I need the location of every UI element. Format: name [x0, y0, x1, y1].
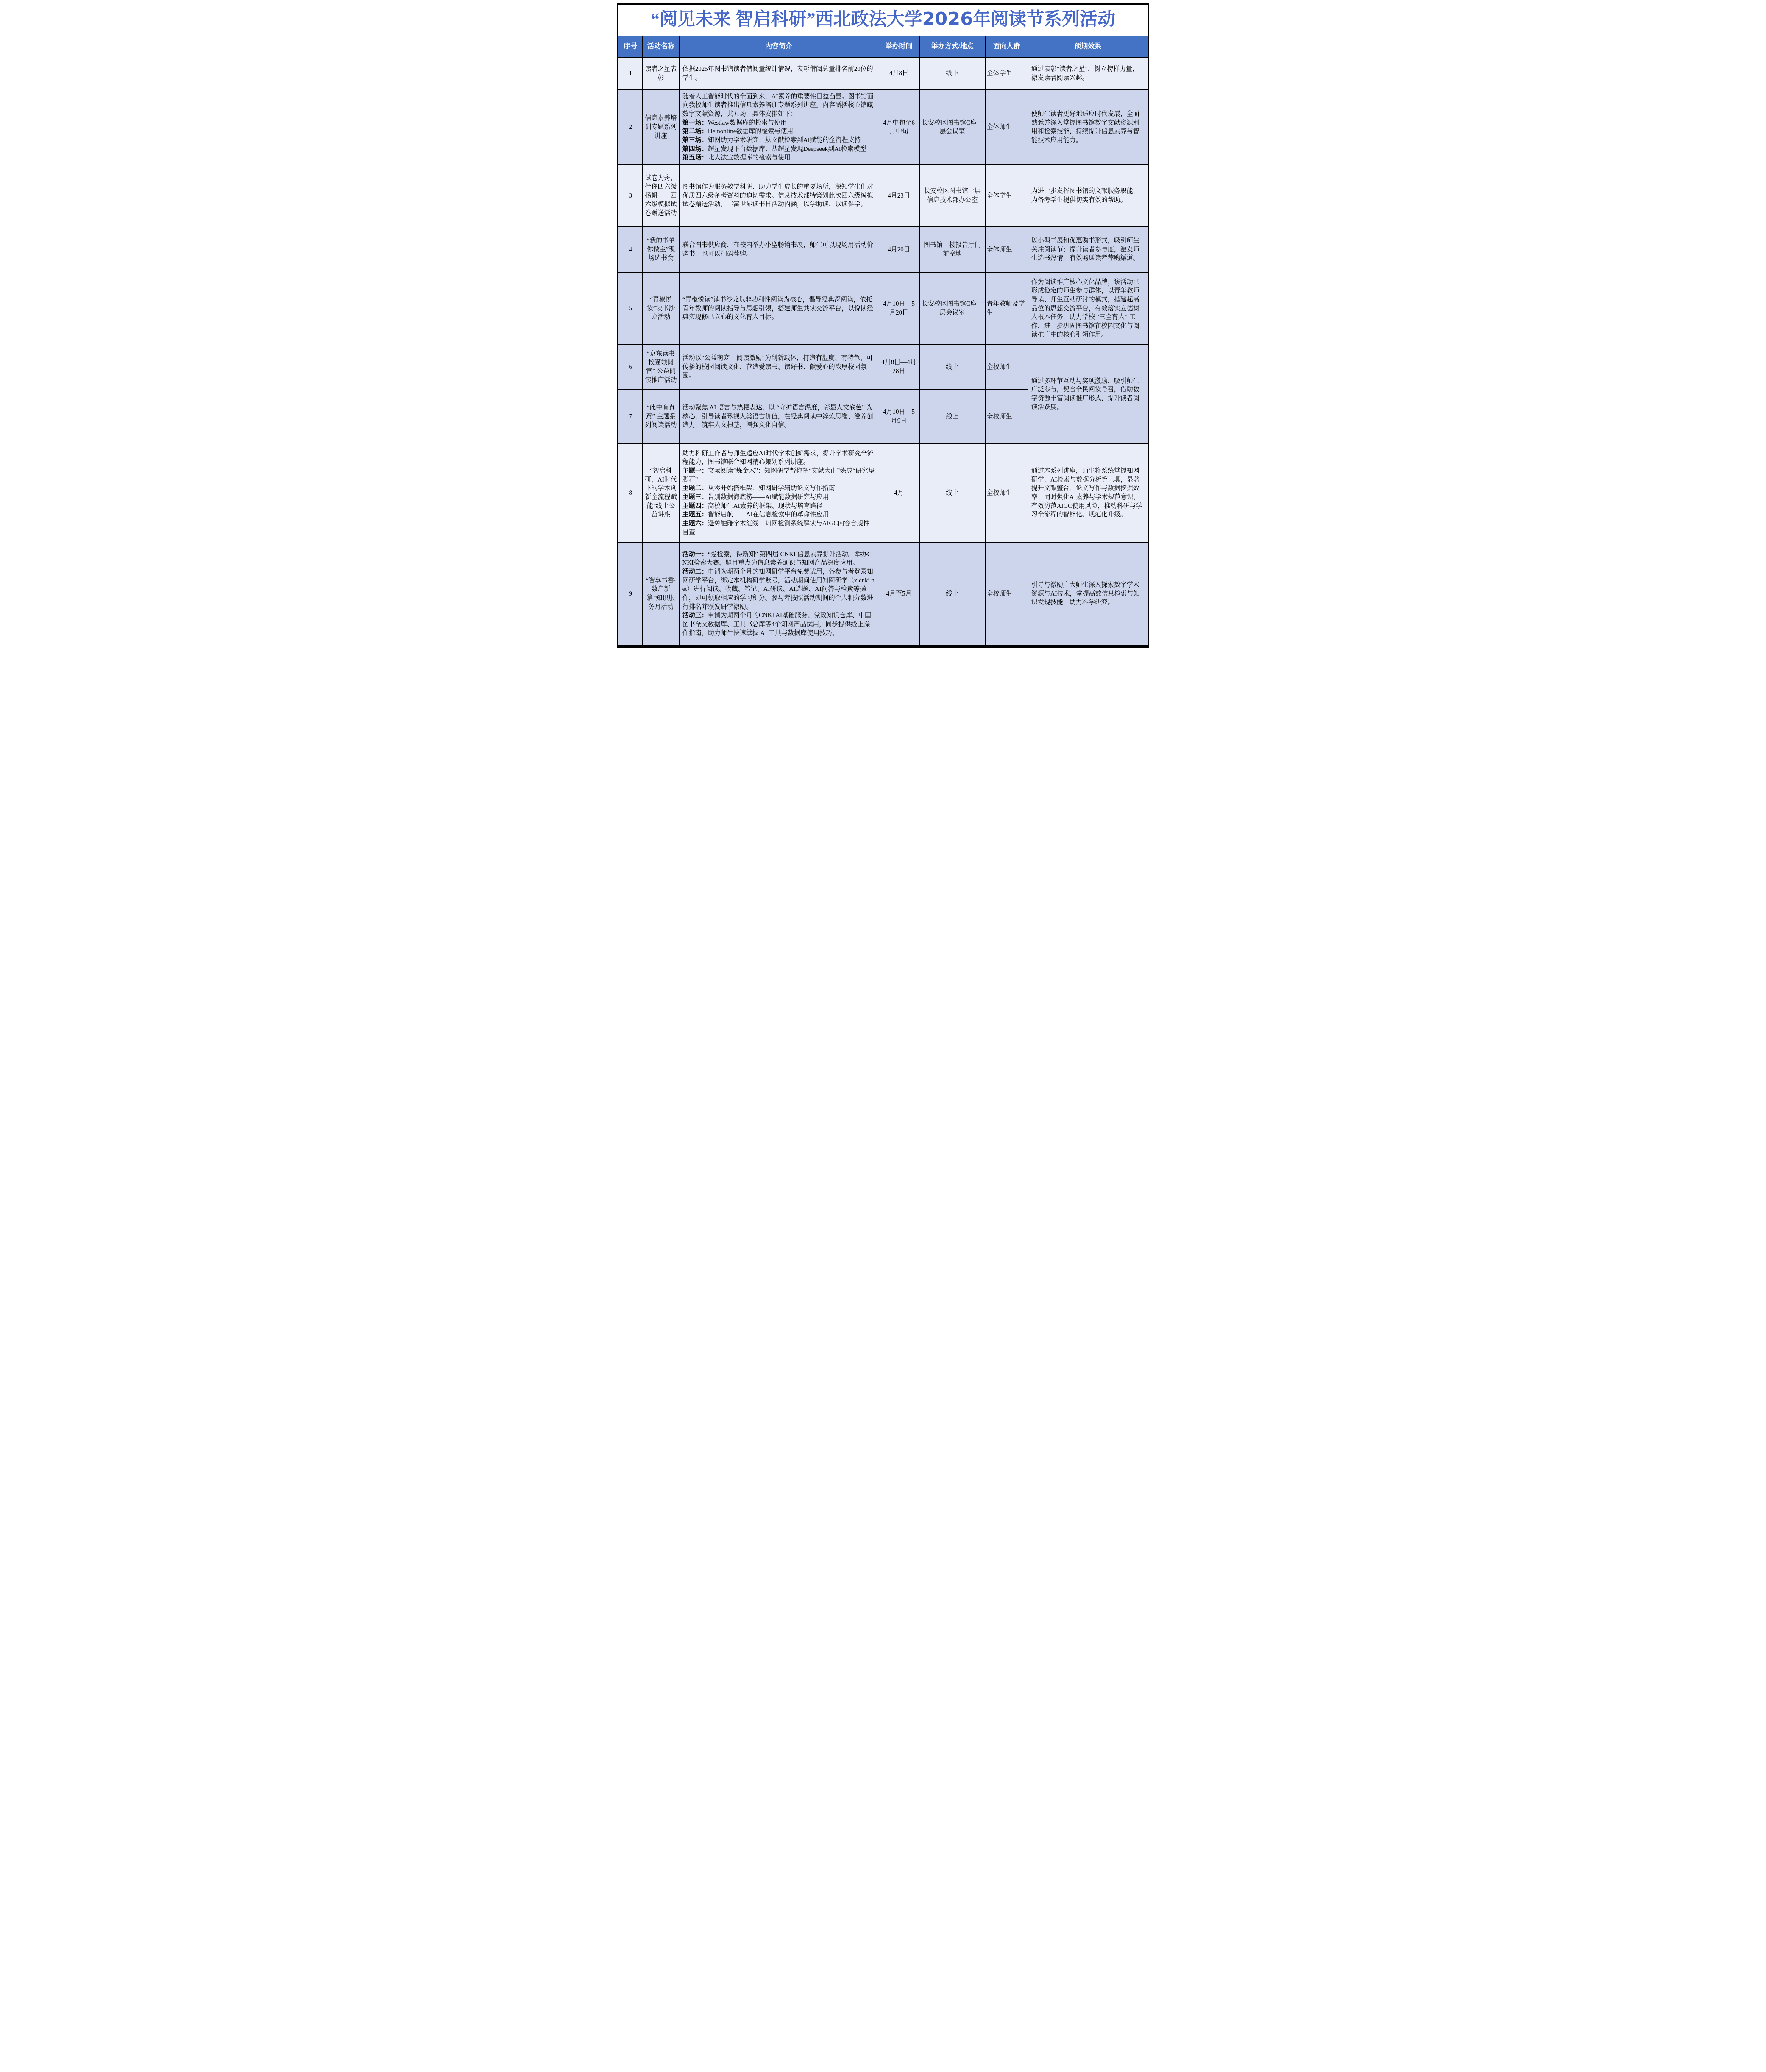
- audience-cell: 全体师生: [985, 227, 1028, 273]
- expected-effect-cell: 以小型书展和优惠购书形式，吸引师生关注阅读节；提升读者参与度，激发师生选书热情，…: [1028, 227, 1148, 273]
- content-summary-cell: 图书馆作为服务教学科研、助力学生成长的重要场所，深知学生们对优质四六级备考资料的…: [679, 165, 878, 227]
- table-row: 5“青椒悦读”读书沙龙活动“青椒悦读”读书沙龙以非功利性阅读为核心，倡导经典深阅…: [618, 273, 1148, 345]
- table-row: 9“智享书香·数启新篇”知识服务月活动活动一：“爱检索，得新知” 第四届 CNK…: [618, 542, 1148, 646]
- activity-name-cell: 信息素养培训专题系列讲座: [643, 90, 679, 165]
- audience-cell: 青年教师及学生: [985, 273, 1028, 345]
- content-paragraph: 第二场：Heinonline数据库的检索与使用: [682, 127, 875, 136]
- method-location-cell: 长安校区图书馆C座一层会议室: [919, 90, 985, 165]
- content-paragraph: 图书馆作为服务教学科研、助力学生成长的重要场所，深知学生们对优质四六级备考资料的…: [682, 183, 875, 209]
- content-summary-cell: 活动聚焦 AI 语言与热梗表达，以 “守护语言温度，彰显人文底色” 为核心，引导…: [679, 390, 878, 444]
- audience-cell: 全体师生: [985, 90, 1028, 165]
- expected-effect-cell: 引导与激励广大师生深入探索数字学术资源与AI技术，掌握高效信息检索与知识发现技能…: [1028, 542, 1148, 646]
- time-cell: 4月: [878, 444, 919, 542]
- expected-effect-cell: 通过本系列讲座，师生将系统掌握知网研学、AI检索与数据分析等工具，显著提升文献整…: [1028, 444, 1148, 542]
- table-row: 1读者之星表彰依据2025年图书馆读者借阅量统计情况，表彰借阅总量排名前20位的…: [618, 58, 1148, 90]
- content-paragraph: 活动三：申请为期两个月的CNKI AI基础服务、党政知识仓库、中国图书全文数据库…: [682, 611, 875, 638]
- content-paragraph: 活动聚焦 AI 语言与热梗表达，以 “守护语言温度，彰显人文底色” 为核心，引导…: [682, 404, 875, 430]
- expected-effect-cell: 通过多环节互动与奖项激励，吸引师生广泛参与，契合全民阅读号召，借助数字资源丰富阅…: [1028, 345, 1148, 444]
- content-paragraph: 主题六：避免触碰学术红线：知网检测系统解读与AIGC内容合规性自查: [682, 519, 875, 537]
- audience-cell: 全体学生: [985, 165, 1028, 227]
- header-index: 序号: [618, 36, 643, 57]
- row-number-cell: 1: [618, 58, 643, 90]
- activity-name-cell: “我的书单你做主”现场选书会: [643, 227, 679, 273]
- page-title: “阅见未来 智启科研”西北政法大学2026年阅读节系列活动: [618, 5, 1148, 36]
- content-paragraph: “青椒悦读”读书沙龙以非功利性阅读为核心，倡导经典深阅读，依托青年教师的阅读指导…: [682, 295, 875, 322]
- reading-festival-table: “阅见未来 智启科研”西北政法大学2026年阅读节系列活动 序号 活动名称 内容…: [617, 3, 1149, 648]
- expected-effect-cell: 作为阅读推广核心文化品牌，该活动已形成稳定的师生参与群体，以青年教师导读、师生互…: [1028, 273, 1148, 345]
- time-cell: 4月23日: [878, 165, 919, 227]
- activity-name-cell: “智启科研，AI时代下的学术创新全流程赋能”线上公益讲座: [643, 444, 679, 542]
- audience-cell: 全校师生: [985, 345, 1028, 390]
- content-paragraph: 第五场：北大法宝数据库的检索与使用: [682, 153, 875, 162]
- activity-name-cell: “青椒悦读”读书沙龙活动: [643, 273, 679, 345]
- content-paragraph: 主题一：文献阅读“炼金术”：知网研学帮你把“文献大山”炼成“研究垫脚石”: [682, 467, 875, 484]
- content-summary-cell: 联合图书供应商，在校内举办小型畅销书展，师生可以现场用活动价购书，也可以扫码荐购…: [679, 227, 878, 273]
- row-number-cell: 7: [618, 390, 643, 444]
- method-location-cell: 线上: [919, 444, 985, 542]
- content-paragraph: 第三场：知网助力学术研究：从文献检索到AI赋能的全流程支持: [682, 136, 875, 145]
- content-paragraph: 主题四：高校师生AI素养的框架、现状与培育路径: [682, 502, 875, 511]
- table-row: 6“京东读书校猫领阅官” 公益阅读推广活动活动以“公益萌宠 + 阅读激励”为创新…: [618, 345, 1148, 390]
- content-paragraph: 联合图书供应商，在校内举办小型畅销书展，师生可以现场用活动价购书，也可以扫码荐购…: [682, 241, 875, 258]
- activity-name-cell: “此中有真意” 主题系列阅读活动: [643, 390, 679, 444]
- expected-effect-cell: 使师生读者更好地适应时代发展，全面熟悉并深入掌握图书馆数字文献资源利用和检索技能…: [1028, 90, 1148, 165]
- content-summary-cell: 活动一：“爱检索，得新知” 第四届 CNKI 信息素养提升活动。举办CNKI检索…: [679, 542, 878, 646]
- activity-name-cell: “智享书香·数启新篇”知识服务月活动: [643, 542, 679, 646]
- method-location-cell: 线下: [919, 58, 985, 90]
- row-number-cell: 8: [618, 444, 643, 542]
- table-row: 8“智启科研，AI时代下的学术创新全流程赋能”线上公益讲座助力科研工作者与师生适…: [618, 444, 1148, 542]
- time-cell: 4月至5月: [878, 542, 919, 646]
- method-location-cell: 长安校区图书馆C座一层会议室: [919, 273, 985, 345]
- header-content-summary: 内容简介: [679, 36, 878, 57]
- time-cell: 4月8日: [878, 58, 919, 90]
- content-paragraph: 主题二：从零开始搭框架：知网研学辅助论文写作指南: [682, 484, 875, 493]
- content-paragraph: 主题三：告别数据海底捞——AI赋能数据研究与应用: [682, 493, 875, 502]
- time-cell: 4月中旬至6月中旬: [878, 90, 919, 165]
- header-expected-effect: 预期效果: [1028, 36, 1148, 57]
- content-paragraph: 主题五：智能启航——AI在信息检索中的革命性应用: [682, 510, 875, 519]
- content-summary-cell: 依据2025年图书馆读者借阅量统计情况，表彰借阅总量排名前20位的学生。: [679, 58, 878, 90]
- activity-name-cell: 试卷为舟，伴你四六级扬帆——四六级模拟试卷赠送活动: [643, 165, 679, 227]
- table-row: 2信息素养培训专题系列讲座随着人工智能时代的全面到来，AI素养的重要性日益凸显。…: [618, 90, 1148, 165]
- content-summary-cell: “青椒悦读”读书沙龙以非功利性阅读为核心，倡导经典深阅读，依托青年教师的阅读指导…: [679, 273, 878, 345]
- content-summary-cell: 助力科研工作者与师生适应AI时代学术创新需求，提升学术研究全流程能力，图书馆联合…: [679, 444, 878, 542]
- expected-effect-cell: 通过表彰“读者之星”，树立榜样力量，激发读者阅读兴趣。: [1028, 58, 1148, 90]
- table-row: 3试卷为舟，伴你四六级扬帆——四六级模拟试卷赠送活动图书馆作为服务教学科研、助力…: [618, 165, 1148, 227]
- header-activity-name: 活动名称: [643, 36, 679, 57]
- row-number-cell: 2: [618, 90, 643, 165]
- title-year: 2026: [922, 8, 973, 30]
- header-time: 举办时间: [878, 36, 919, 57]
- row-number-cell: 3: [618, 165, 643, 227]
- activities-table: 序号 活动名称 内容简介 举办时间 举办方式/地点 面向人群 预期效果 1读者之…: [618, 36, 1148, 646]
- title-text-post: 年阅读节系列活动: [973, 10, 1115, 29]
- content-paragraph: 随着人工智能时代的全面到来，AI素养的重要性日益凸显。图书馆面向我校师生读者推出…: [682, 92, 875, 119]
- table-row: 4“我的书单你做主”现场选书会联合图书供应商，在校内举办小型畅销书展，师生可以现…: [618, 227, 1148, 273]
- expected-effect-cell: 为进一步发挥图书馆的文献服务职能，为备考学生提供切实有效的帮助。: [1028, 165, 1148, 227]
- content-summary-cell: 随着人工智能时代的全面到来，AI素养的重要性日益凸显。图书馆面向我校师生读者推出…: [679, 90, 878, 165]
- row-number-cell: 6: [618, 345, 643, 390]
- title-text-pre: “阅见未来 智启科研”西北政法大学: [651, 10, 922, 29]
- table-body: 1读者之星表彰依据2025年图书馆读者借阅量统计情况，表彰借阅总量排名前20位的…: [618, 58, 1148, 646]
- table-header: 序号 活动名称 内容简介 举办时间 举办方式/地点 面向人群 预期效果: [618, 36, 1148, 57]
- row-number-cell: 5: [618, 273, 643, 345]
- content-summary-cell: 活动以“公益萌宠 + 阅读激励”为创新载体，打造有温度、有特色、可传播的校园阅读…: [679, 345, 878, 390]
- content-paragraph: 依据2025年图书馆读者借阅量统计情况，表彰借阅总量排名前20位的学生。: [682, 65, 875, 82]
- activity-name-cell: “京东读书校猫领阅官” 公益阅读推广活动: [643, 345, 679, 390]
- content-paragraph: 第一场：Westlaw数据库的检索与使用: [682, 119, 875, 128]
- audience-cell: 全校师生: [985, 542, 1028, 646]
- content-paragraph: 活动一：“爱检索，得新知” 第四届 CNKI 信息素养提升活动。举办CNKI检索…: [682, 550, 875, 568]
- time-cell: 4月20日: [878, 227, 919, 273]
- audience-cell: 全校师生: [985, 390, 1028, 444]
- time-cell: 4月10日—5月20日: [878, 273, 919, 345]
- method-location-cell: 线上: [919, 345, 985, 390]
- row-number-cell: 9: [618, 542, 643, 646]
- header-audience: 面向人群: [985, 36, 1028, 57]
- method-location-cell: 线上: [919, 390, 985, 444]
- content-paragraph: 第四场：超星发现平台数据库：从超星发现Deepseek到AI检索模型: [682, 145, 875, 154]
- audience-cell: 全体学生: [985, 58, 1028, 90]
- activity-name-cell: 读者之星表彰: [643, 58, 679, 90]
- time-cell: 4月8日—4月28日: [878, 345, 919, 390]
- row-number-cell: 4: [618, 227, 643, 273]
- method-location-cell: 长安校区图书馆一层信息技术部办公室: [919, 165, 985, 227]
- header-method-location: 举办方式/地点: [919, 36, 985, 57]
- method-location-cell: 图书馆一楼报告厅门前空地: [919, 227, 985, 273]
- content-paragraph: 活动二：申请为期两个月的知网研学平台免费试用，各参与者登录知网研学平台，绑定本机…: [682, 568, 875, 611]
- content-paragraph: 活动以“公益萌宠 + 阅读激励”为创新载体，打造有温度、有特色、可传播的校园阅读…: [682, 354, 875, 380]
- time-cell: 4月10日—5月9日: [878, 390, 919, 444]
- content-paragraph: 助力科研工作者与师生适应AI时代学术创新需求，提升学术研究全流程能力，图书馆联合…: [682, 449, 875, 467]
- method-location-cell: 线上: [919, 542, 985, 646]
- audience-cell: 全校师生: [985, 444, 1028, 542]
